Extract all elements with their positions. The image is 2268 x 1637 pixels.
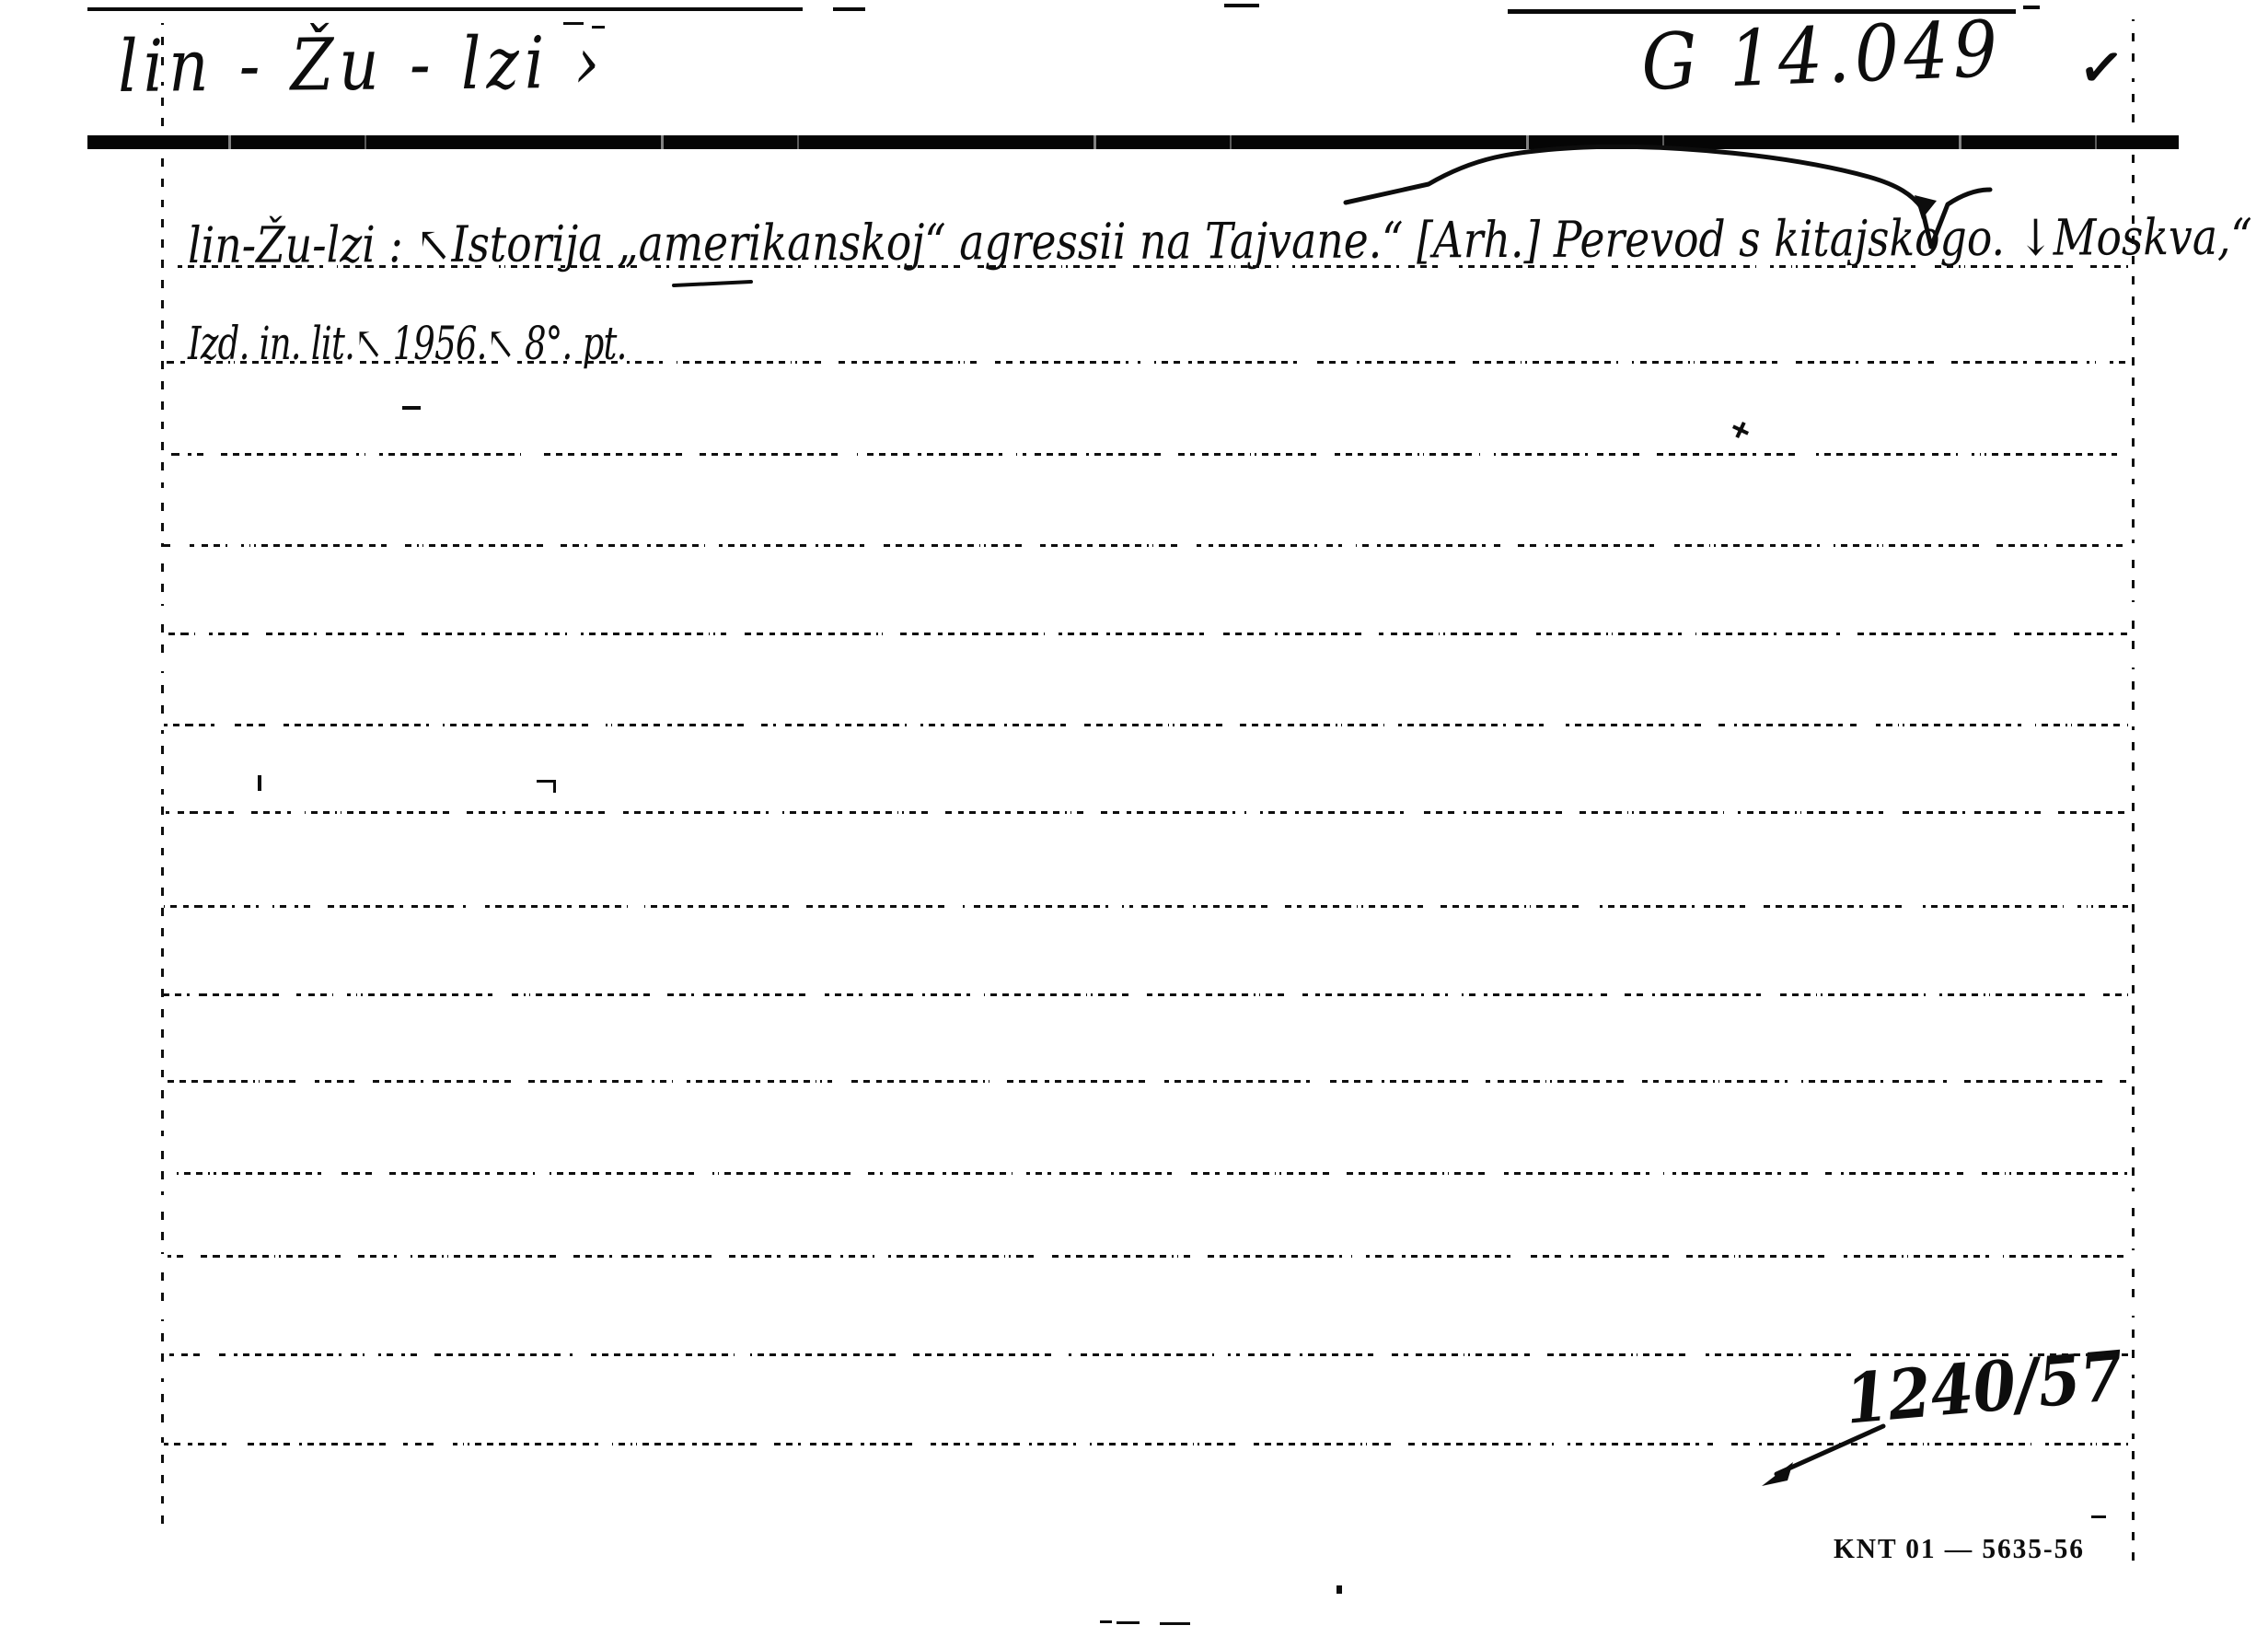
form-number: KNT 01 — 5635-56 <box>1834 1532 2085 1565</box>
stray-mark <box>1100 1620 1112 1623</box>
ruled-dotted-line <box>164 724 2128 726</box>
ruled-dotted-line <box>164 1443 2128 1445</box>
ruled-dotted-line <box>164 544 2128 547</box>
ruled-dotted-line <box>164 1353 2128 1356</box>
stray-mark <box>563 22 584 25</box>
header-divider-bar <box>87 135 2179 149</box>
ruled-dotted-line <box>164 265 2128 268</box>
catalog-card: lin - Žu - lzi › G 14.049 ✓ lin-Žu-lzi :… <box>0 0 2268 1637</box>
entry-line-2: Izd. in. lit.↖ 1956.↖ 8°. pt. <box>188 320 627 366</box>
ruled-dotted-line <box>164 905 2128 908</box>
ruled-dotted-line <box>164 993 2128 996</box>
stray-mark <box>1160 1622 1190 1625</box>
ruled-dotted-line <box>164 1172 2128 1175</box>
ruled-dotted-line <box>164 1255 2128 1258</box>
stray-mark <box>258 775 261 791</box>
ruled-dotted-line <box>164 1080 2128 1083</box>
stray-mark <box>1336 1585 1342 1594</box>
stray-hook-mark <box>537 780 556 793</box>
ruled-dotted-line <box>164 361 2128 364</box>
card-heading: lin - Žu - lzi › <box>118 28 606 103</box>
stray-mark <box>1117 1621 1140 1624</box>
top-edge-segment <box>87 7 803 11</box>
top-edge-segment <box>833 7 865 11</box>
left-margin-dashed-line <box>161 17 164 1533</box>
underline-am-stroke <box>674 282 751 285</box>
stray-mark <box>402 406 421 410</box>
stray-mark <box>592 26 605 29</box>
accession-arrowhead <box>1762 1462 1793 1486</box>
entry-line-1: lin-Žu-lzi : ↖Istorija „amerikanskoj“ ag… <box>188 213 2252 271</box>
stray-mark <box>2091 1515 2106 1518</box>
shelfmark: G 14.049 <box>1640 10 2004 101</box>
check-mark: ✓ <box>2077 39 2126 97</box>
ruled-dotted-line <box>164 453 2128 456</box>
ruled-dotted-line <box>164 633 2128 635</box>
ruled-dotted-line <box>164 811 2128 814</box>
top-edge-segment <box>2023 6 2040 9</box>
top-edge-segment <box>1224 4 1259 7</box>
